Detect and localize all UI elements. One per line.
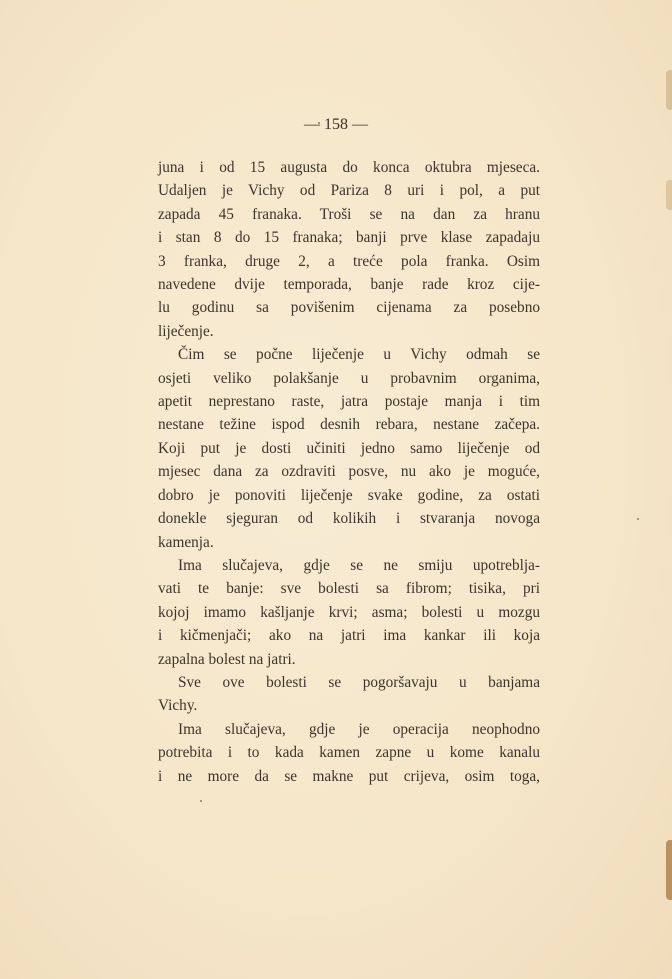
text-line: navedene dvije temporada, banje rade kro… <box>158 273 540 296</box>
text-line: Koji put je dosti učiniti jedno samo lij… <box>158 437 540 460</box>
text-line: donekle sjeguran od kolikih i stvaranja … <box>158 507 540 530</box>
text-line: 3 franka, druge 2, a treće pola franka. … <box>158 250 540 273</box>
text-line: vati te banje: sve bolesti sa fibrom; ti… <box>158 577 540 600</box>
text-line: liječenje. <box>158 320 540 343</box>
page-edge-mark <box>666 180 672 210</box>
text-line: Čim se počne liječenje u Vichy odmah se <box>158 343 540 366</box>
text-line: zapada 45 franaka. Troši se na dan za hr… <box>158 203 540 226</box>
book-page: — 158 — juna i od 15 augusta do konca ok… <box>0 0 672 979</box>
paper-speck <box>637 518 639 520</box>
text-line: Vichy. <box>158 694 540 717</box>
body-text: juna i od 15 augusta do konca oktubra mj… <box>158 156 540 788</box>
text-line: dobro je ponoviti liječenje svake godine… <box>158 484 540 507</box>
text-line: i stan 8 do 15 franaka; banji prve klase… <box>158 226 540 249</box>
text-line: i kičmenjači; ako na jatri ima kankar il… <box>158 624 540 647</box>
page-edge-mark <box>666 70 672 110</box>
text-line: lu godinu sa povišenim cijenama za poseb… <box>158 296 540 319</box>
text-line: mjesec dana za ozdraviti posve, nu ako j… <box>158 460 540 483</box>
text-line: Ima slučajeva, gdje se ne smiju upotrebl… <box>158 554 540 577</box>
text-line: Ima slučajeva, gdje je operacija neophod… <box>158 718 540 741</box>
text-line: nestane težine ispod desnih rebara, nest… <box>158 413 540 436</box>
text-line: kojoj imamo kašljanje krvi; asma; bolest… <box>158 601 540 624</box>
text-line: zapalna bolest na jatri. <box>158 648 540 671</box>
text-line: Udaljen je Vichy od Pariza 8 uri i pol, … <box>158 179 540 202</box>
text-line: apetit neprestano raste, jatra postaje m… <box>158 390 540 413</box>
text-line: Sve ove bolesti se pogoršavaju u banjama <box>158 671 540 694</box>
page-edge-mark <box>666 840 672 900</box>
text-line: juna i od 15 augusta do konca oktubra mj… <box>158 156 540 179</box>
text-line: kamenja. <box>158 531 540 554</box>
paper-speck <box>200 800 202 802</box>
text-line: i ne more da se makne put crijeva, osim … <box>158 765 540 788</box>
page-number: — 158 — <box>0 116 672 134</box>
text-line: potrebita i to kada kamen zapne u kome k… <box>158 741 540 764</box>
text-line: osjeti veliko polakšanje u probavnim org… <box>158 367 540 390</box>
